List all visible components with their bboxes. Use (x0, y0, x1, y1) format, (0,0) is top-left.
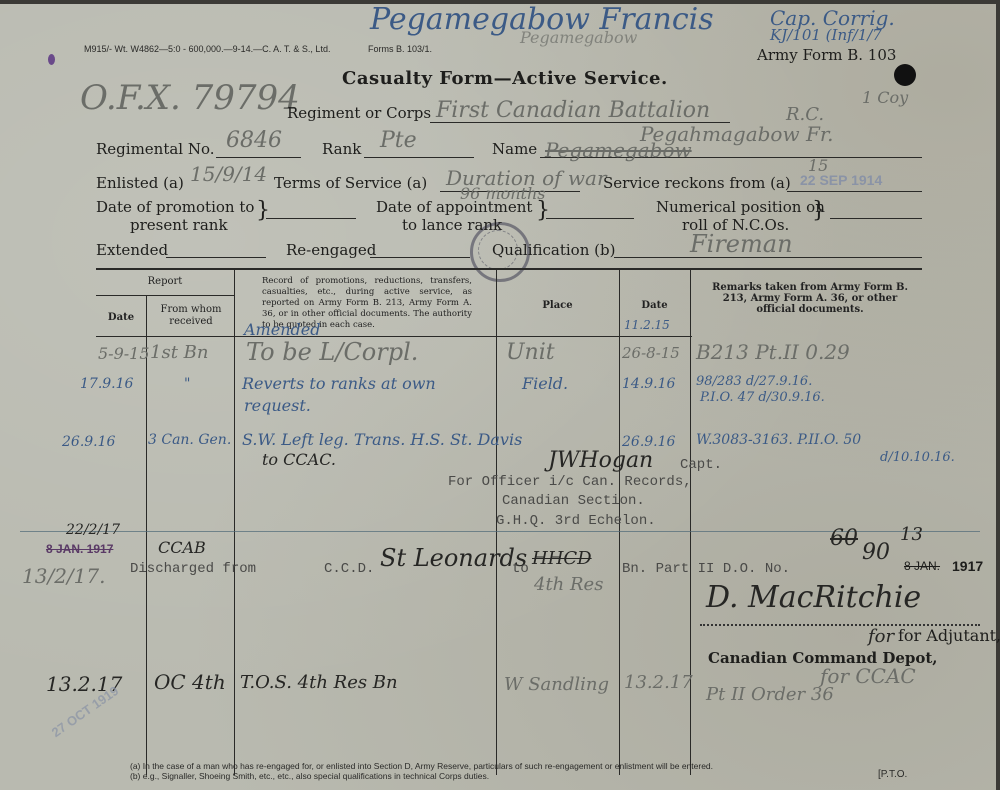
date2-header: Date (619, 300, 690, 311)
punch-hole (894, 64, 916, 86)
row-from: 3 Can. Gen. (148, 432, 231, 448)
regimental-no-line (216, 157, 301, 158)
rank-label: Rank (322, 140, 361, 158)
row-place: W Sandling (504, 674, 609, 695)
reengaged-label: Re-engaged (286, 241, 376, 259)
discharge-do-value: 90 (862, 540, 890, 565)
header-bottom-rule (96, 336, 692, 337)
report-header: Report (96, 276, 234, 287)
reengaged-line (370, 257, 470, 258)
printer-imprint: M915/- Wt. W4862—5:0 - 600,000.—9-14.—C.… (84, 44, 330, 54)
row-place: Unit (506, 340, 555, 365)
certification-line-1: For Officer i/c Can. Records, (448, 474, 692, 490)
appointment-line (546, 218, 634, 219)
row-date2: 14.9.16 (622, 376, 675, 392)
row-date: 26.9.16 (62, 434, 115, 450)
discharge-date-stamp-struck: 8 JAN. (904, 559, 940, 573)
row-record-cont: request. (244, 396, 311, 415)
footnote-b: (b) e.g., Signaller, Shoeing Smith, etc.… (130, 771, 489, 781)
footnote-a: (a) In the case of a man who has re-enga… (130, 761, 713, 771)
forms-reference: Forms B. 103/1. (368, 44, 432, 54)
report-subrule (96, 295, 234, 296)
discharge-date-pencil: 13/2/17. (22, 564, 105, 588)
service-reckons-line (787, 191, 922, 192)
pto-marker: [P.T.O. (878, 769, 907, 780)
brace: } (812, 198, 826, 223)
appointment-label-2: to lance rank (402, 216, 502, 234)
coy-note: 1 Coy (862, 88, 908, 107)
discharge-date-correction: 22/2/17 (66, 522, 120, 538)
row-date: 5-9-15 (98, 344, 150, 363)
row-remarks-cont: d/10.10.16. (880, 450, 955, 465)
discharge-to-struck: HHCD (532, 548, 592, 569)
promotion-label-1: Date of promotion to (96, 198, 254, 216)
discharge-date-stamp-year: 1917 (952, 558, 983, 574)
casualty-form-document: Pegamegabow Francis Pegamegabow Cap. Cor… (0, 4, 996, 790)
discharge-do-struck: 60 (830, 526, 858, 551)
row-remarks-note: for CCAC (820, 664, 916, 688)
row-date: 17.9.16 (80, 376, 133, 392)
discharge-to-value: 4th Res (534, 574, 603, 595)
from-whom-header: From whom received (150, 304, 232, 328)
discharge-do-extra: 13 (900, 524, 923, 545)
remarks-header: Remarks taken from Army Form B. 213, Arm… (710, 282, 910, 315)
rank-value: Pte (380, 128, 417, 153)
place-header: Place (496, 300, 619, 311)
row-from: 1st Bn (150, 342, 208, 363)
numerical-line (830, 218, 922, 219)
rank-line (364, 157, 474, 158)
row-record-cont: to CCAC. (262, 450, 336, 469)
appointment-label-1: Date of appointment (376, 198, 532, 216)
extended-line (166, 257, 266, 258)
brace: } (256, 198, 270, 223)
name-label: Name (492, 140, 537, 158)
discharge-typed-ccd: C.C.D. (324, 561, 374, 577)
row-record: S.W. Left leg. Trans. H.S. St. Davis (242, 430, 522, 449)
qualification-label: Qualification (b) (492, 241, 615, 259)
promotion-label-2: present rank (130, 216, 228, 234)
table-top-rule (96, 268, 922, 270)
discharge-typed-to: to (512, 561, 529, 577)
certification-rank: Capt. (680, 457, 722, 473)
row-remarks: Pt II Order 36 (706, 684, 834, 705)
file-number: O.F.X. 79794 (80, 78, 300, 118)
row-date2: 26-8-15 (622, 344, 680, 362)
regimental-no-value: 6846 (226, 128, 282, 153)
col-divider (234, 270, 235, 775)
discharge-date-struck-stamp: 8 JAN. 1917 (46, 542, 113, 556)
promotion-line (266, 218, 356, 219)
row-remarks: W.3083-3163. P.II.O. 50 (696, 432, 861, 448)
record-header-annotation: Amended (244, 320, 320, 339)
service-reckons-correction: 15 (808, 156, 828, 175)
row-record: T.O.S. 4th Res Bn (240, 672, 398, 693)
discharge-signature: D. MacRitchie (706, 580, 921, 615)
name-header-pencil: Pegamegabow (520, 28, 637, 47)
ink-dot (48, 54, 55, 65)
discharge-typed-discharged: Discharged from (130, 561, 256, 577)
top-right-note-2: KJ/101 (Inf/1/7 (770, 26, 882, 44)
regiment-label: Regiment or Corps (287, 104, 431, 122)
row-date2: 13.2.17 (624, 672, 693, 693)
certification-line-2: Canadian Section. (502, 493, 645, 509)
qualification-value: Fireman (690, 230, 793, 258)
row-remarks: B213 Pt.II 0.29 (696, 340, 850, 364)
enlisted-label: Enlisted (a) (96, 174, 184, 192)
row-record: Reverts to ranks at own (242, 374, 436, 393)
enlisted-value: 15/9/14 (190, 162, 267, 186)
discharge-ccd-place: St Leonards (380, 544, 527, 572)
row-record: To be L/Corpl. (246, 338, 418, 366)
regimental-no-label: Regimental No. (96, 140, 215, 158)
row-from: OC 4th (154, 670, 226, 694)
discharge-from-note: CCAB (158, 538, 206, 557)
regiment-value: First Canadian Battalion (436, 98, 710, 123)
col-divider (146, 295, 147, 775)
brace: } (536, 198, 550, 223)
certification-signature: JWHogan (548, 448, 653, 473)
certification-line-3: G.H.Q. 3rd Echelon. (496, 513, 656, 529)
col-divider (690, 270, 691, 775)
date-header: Date (96, 312, 146, 323)
date2-annotation: 11.2.15 (624, 318, 670, 332)
form-title: Casualty Form—Active Service. (342, 68, 668, 89)
row-remarks-cont: P.I.O. 47 d/30.9.16. (700, 390, 825, 405)
for-adjutant-prefix: for (868, 626, 894, 647)
name-value: Pegahmagabow Fr. (640, 122, 834, 146)
service-reckons-label: Service reckons from (a) (603, 174, 791, 192)
row-place: Field. (522, 374, 568, 393)
row-remarks: 98/283 d/27.9.16. (696, 374, 812, 389)
army-form-number: Army Form B. 103 (757, 46, 896, 64)
terms-label: Terms of Service (a) (274, 174, 427, 192)
for-adjutant: for Adjutant, (898, 626, 1000, 645)
extended-label: Extended (96, 241, 168, 259)
discharge-typed-part: Bn. Part II D.O. No. (622, 561, 790, 577)
numerical-label-1: Numerical position on (656, 198, 825, 216)
row-from: " (184, 376, 190, 392)
